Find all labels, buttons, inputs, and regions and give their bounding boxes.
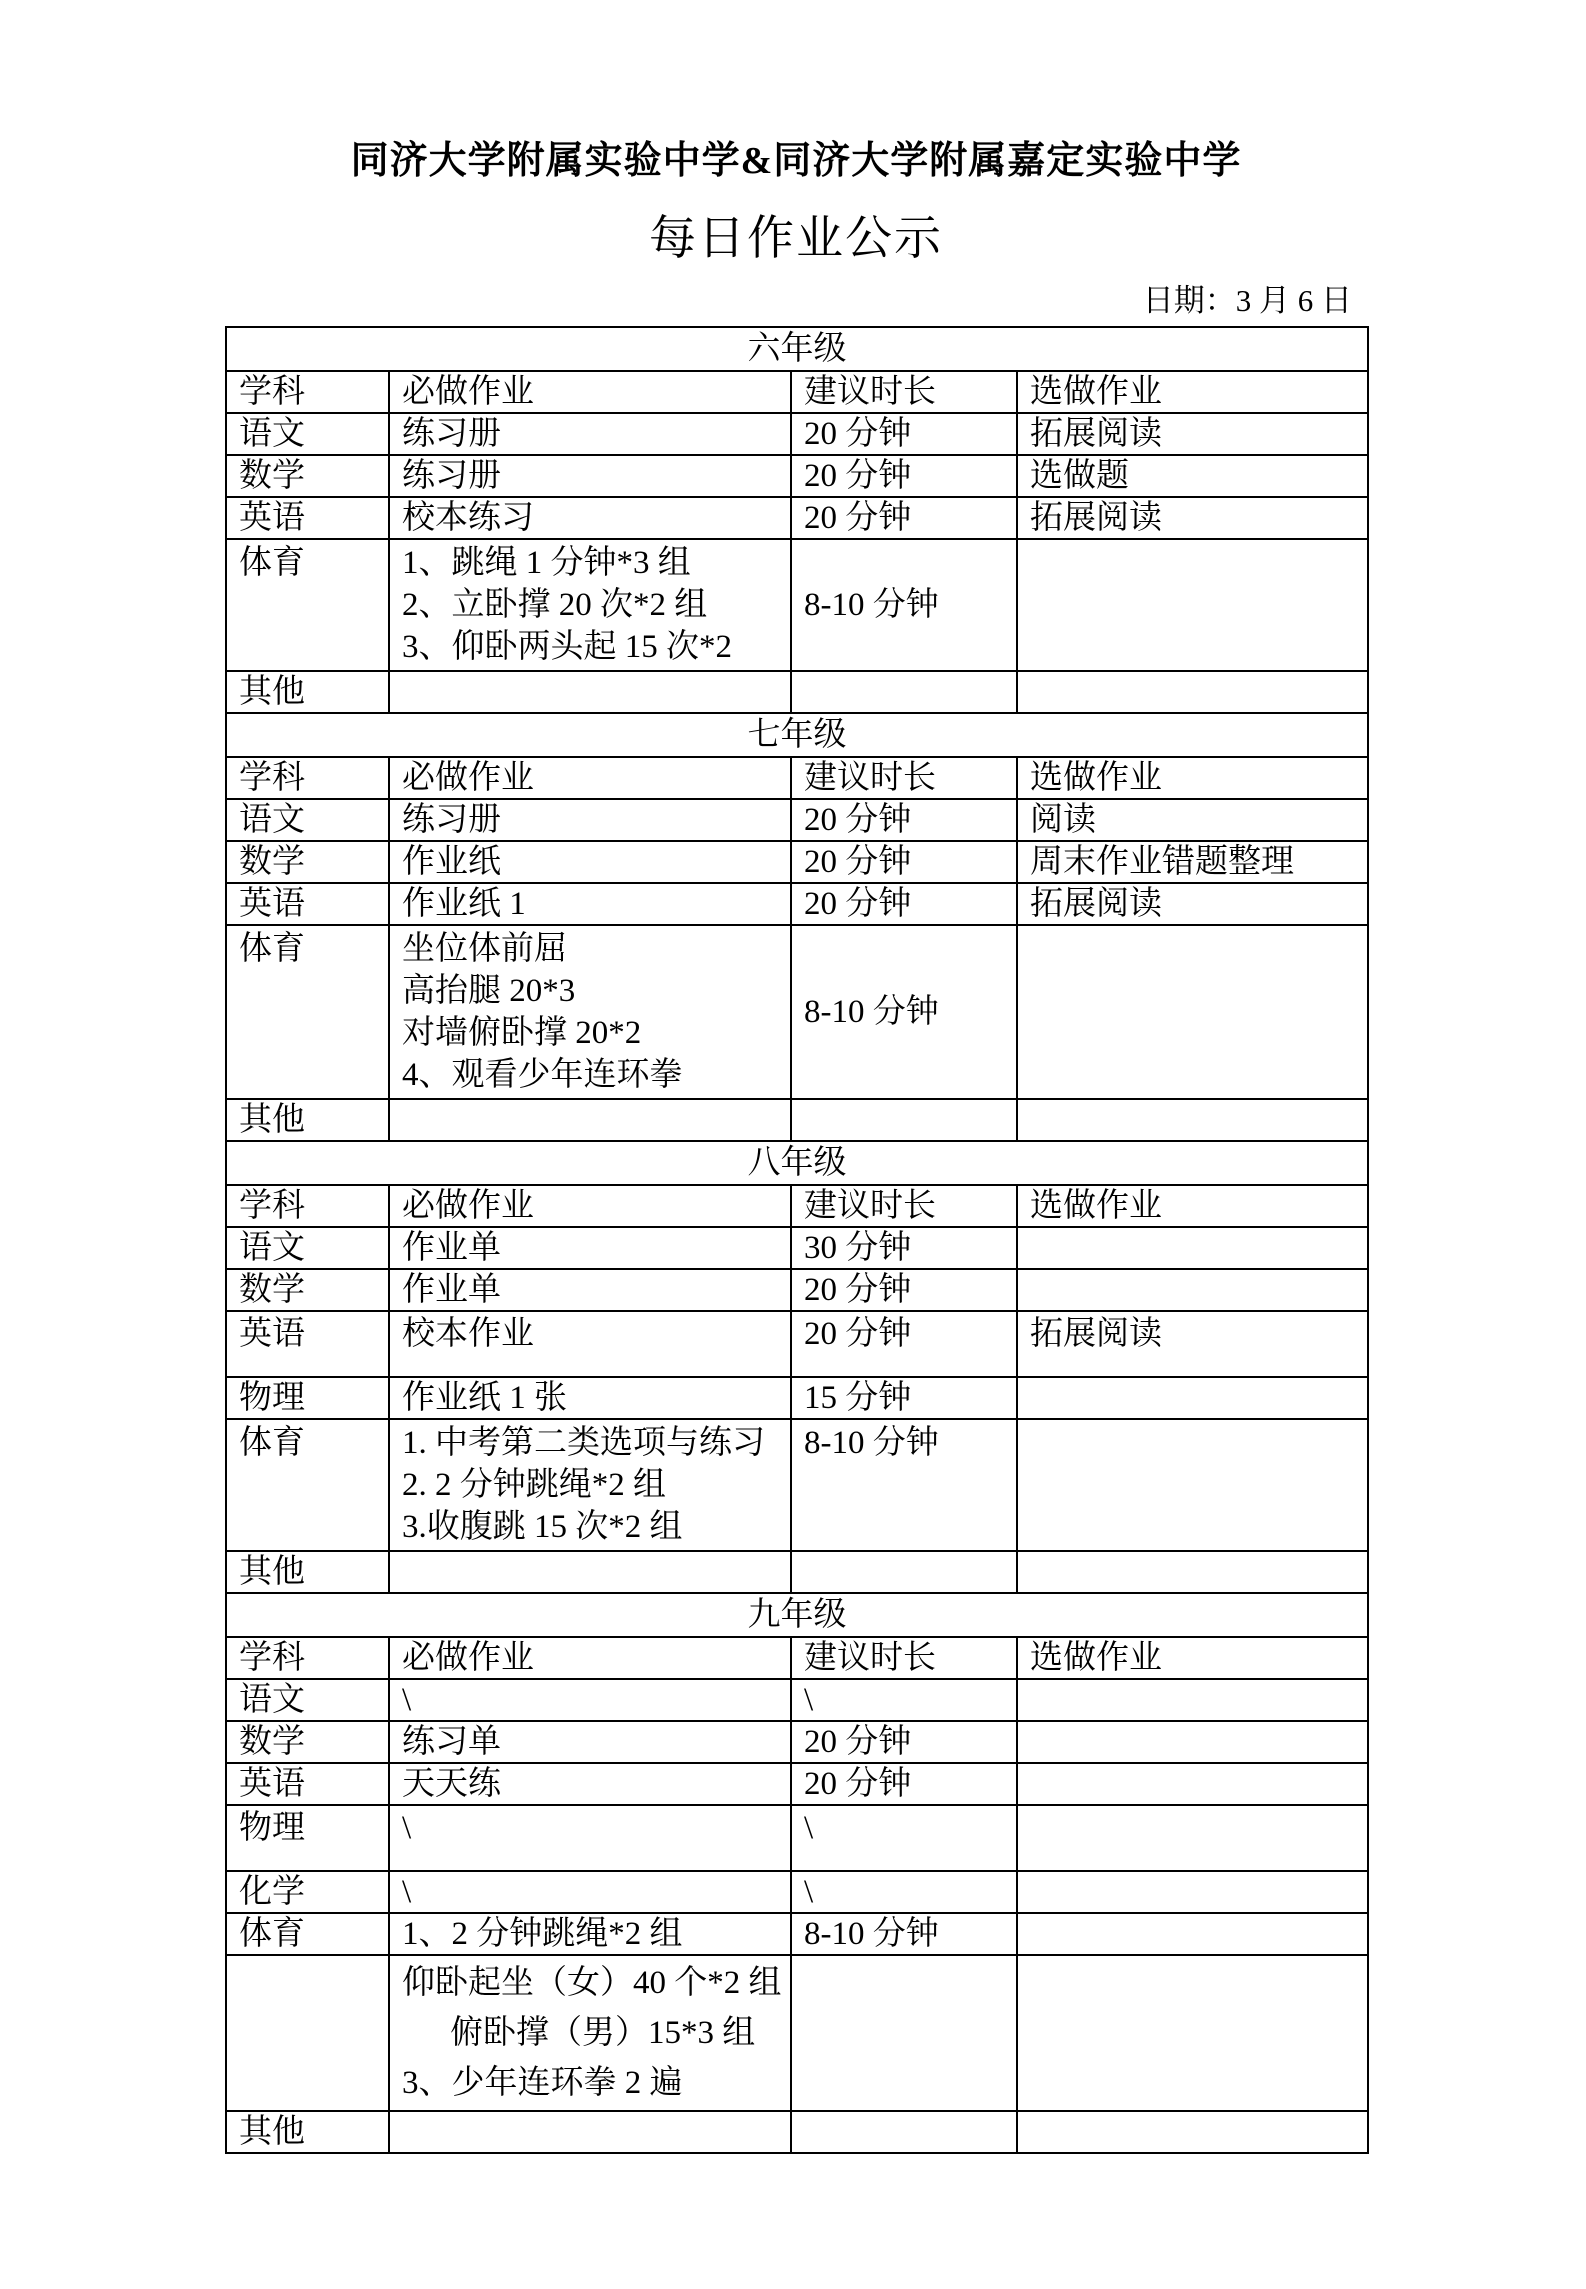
grade-band-label: 八年级 [226, 1141, 1368, 1185]
pe-line: 3.收腹跳 15 次*2 组 [402, 1506, 778, 1548]
pe-line: 坐位体前屈 [402, 928, 778, 970]
cell-subject: 物理 [226, 1377, 389, 1419]
cell-duration: 20 分钟 [791, 1269, 1017, 1311]
grade-table-9-continued: 仰卧起坐（女）40 个*2 组 俯卧撑（男）15*3 组 3、少年连环拳 2 遍… [225, 1954, 1369, 2154]
pe-line: 对墙俯卧撑 20*2 [402, 1012, 778, 1054]
cell-optional [1017, 1913, 1368, 1955]
cell-subject: 语文 [226, 799, 389, 841]
cell-required: 1、2 分钟跳绳*2 组 [389, 1913, 791, 1955]
table-row-pe: 体育 1. 中考第二类选项与练习 2. 2 分钟跳绳*2 组 3.收腹跳 15 … [226, 1419, 1368, 1551]
cell-required: 作业纸 1 [389, 883, 791, 925]
cell-subject: 体育 [226, 1419, 389, 1551]
cell-subject: 体育 [226, 1913, 389, 1955]
cell-empty [226, 1955, 389, 2111]
cell-required: 校本作业 [389, 1311, 791, 1377]
cell-duration: 20 分钟 [791, 1311, 1017, 1377]
col-header-optional: 选做作业 [1017, 1185, 1368, 1227]
cell-subject: 英语 [226, 497, 389, 539]
cell-duration: \ [791, 1871, 1017, 1913]
table-row: 英语 校本练习 20 分钟 拓展阅读 [226, 497, 1368, 539]
cell-subject: 数学 [226, 1269, 389, 1311]
cell-subject: 其他 [226, 2111, 389, 2153]
cell-required: 练习册 [389, 455, 791, 497]
cell-required: 1、跳绳 1 分钟*3 组 2、立卧撑 20 次*2 组 3、仰卧两头起 15 … [389, 539, 791, 671]
table-row: 英语 作业纸 1 20 分钟 拓展阅读 [226, 883, 1368, 925]
col-header-duration: 建议时长 [791, 757, 1017, 799]
table-row: 英语 天天练 20 分钟 [226, 1763, 1368, 1805]
col-header-duration: 建议时长 [791, 1185, 1017, 1227]
cell-subject: 英语 [226, 883, 389, 925]
cell-required: 作业单 [389, 1269, 791, 1311]
cell-optional [1017, 1269, 1368, 1311]
cell-empty [389, 1551, 791, 1593]
col-header-subject: 学科 [226, 1185, 389, 1227]
cell-optional: 拓展阅读 [1017, 1311, 1368, 1377]
cell-duration: \ [791, 1805, 1017, 1871]
cell-duration: 20 分钟 [791, 455, 1017, 497]
cell-required: 坐位体前屈 高抬腿 20*3 对墙俯卧撑 20*2 4、观看少年连环拳 [389, 925, 791, 1099]
cell-optional [1017, 1871, 1368, 1913]
col-header-subject: 学科 [226, 757, 389, 799]
cell-optional [1017, 1805, 1368, 1871]
cell-required: \ [389, 1679, 791, 1721]
continuation-line: 仰卧起坐（女）40 个*2 组 [402, 1958, 778, 2008]
table-row-pe-continued: 仰卧起坐（女）40 个*2 组 俯卧撑（男）15*3 组 3、少年连环拳 2 遍 [226, 1955, 1368, 2111]
cell-duration: 20 分钟 [791, 799, 1017, 841]
column-header-row: 学科 必做作业 建议时长 选做作业 [226, 1185, 1368, 1227]
cell-required: 练习册 [389, 413, 791, 455]
cell-optional: 拓展阅读 [1017, 413, 1368, 455]
col-header-subject: 学科 [226, 371, 389, 413]
column-header-row: 学科 必做作业 建议时长 选做作业 [226, 371, 1368, 413]
cell-duration: 8-10 分钟 [791, 1913, 1017, 1955]
cell-empty [389, 2111, 791, 2153]
cell-required: 作业纸 [389, 841, 791, 883]
table-row: 物理 \ \ [226, 1805, 1368, 1871]
cell-duration: 8-10 分钟 [791, 925, 1017, 1099]
document-content: 同济大学附属实验中学&同济大学附属嘉定实验中学 每日作业公示 日期：3 月 6 … [225, 0, 1367, 2154]
cell-optional: 拓展阅读 [1017, 883, 1368, 925]
table-row: 语文 练习册 20 分钟 阅读 [226, 799, 1368, 841]
cell-subject: 其他 [226, 1551, 389, 1593]
cell-subject: 语文 [226, 1227, 389, 1269]
table-row: 数学 作业单 20 分钟 [226, 1269, 1368, 1311]
cell-required: \ [389, 1871, 791, 1913]
subject-label: 体育 [239, 542, 376, 584]
cell-duration: 20 分钟 [791, 841, 1017, 883]
cell-optional: 拓展阅读 [1017, 497, 1368, 539]
cell-duration: 20 分钟 [791, 497, 1017, 539]
cell-required: 1. 中考第二类选项与练习 2. 2 分钟跳绳*2 组 3.收腹跳 15 次*2… [389, 1419, 791, 1551]
cell-required: 天天练 [389, 1763, 791, 1805]
cell-optional [1017, 1679, 1368, 1721]
cell-optional: 周末作业错题整理 [1017, 841, 1368, 883]
cell-duration: 30 分钟 [791, 1227, 1017, 1269]
table-row-other: 其他 [226, 1099, 1368, 1141]
grade-band-label: 六年级 [226, 327, 1368, 371]
cell-optional: 阅读 [1017, 799, 1368, 841]
table-row-other: 其他 [226, 671, 1368, 713]
cell-duration: 8-10 分钟 [791, 1419, 1017, 1551]
grade-band-label: 九年级 [226, 1593, 1368, 1637]
continuation-line: 俯卧撑（男）15*3 组 [402, 2008, 778, 2058]
cell-empty [1017, 539, 1368, 671]
cell-required: \ [389, 1805, 791, 1871]
table-row: 语文 \ \ [226, 1679, 1368, 1721]
pe-line: 高抬腿 20*3 [402, 970, 778, 1012]
col-header-optional: 选做作业 [1017, 757, 1368, 799]
grade-table-8: 八年级 学科 必做作业 建议时长 选做作业 语文 作业单 30 分钟 数学 作业… [225, 1140, 1369, 1594]
cell-subject: 其他 [226, 1099, 389, 1141]
col-header-optional: 选做作业 [1017, 371, 1368, 413]
cell-empty [1017, 1955, 1368, 2111]
table-row-other: 其他 [226, 1551, 1368, 1593]
cell-empty [791, 671, 1017, 713]
grade-band: 八年级 [226, 1141, 1368, 1185]
document-page: 同济大学附属实验中学&同济大学附属嘉定实验中学 每日作业公示 日期：3 月 6 … [0, 0, 1586, 2289]
cell-empty [791, 1955, 1017, 2111]
column-header-row: 学科 必做作业 建议时长 选做作业 [226, 757, 1368, 799]
cell-optional: 选做题 [1017, 455, 1368, 497]
cell-optional [1017, 1763, 1368, 1805]
grade-band-label: 七年级 [226, 713, 1368, 757]
cell-required: 练习册 [389, 799, 791, 841]
cell-subject: 体育 [226, 925, 389, 1099]
cell-empty [389, 671, 791, 713]
cell-empty [791, 1551, 1017, 1593]
cell-subject: 数学 [226, 841, 389, 883]
col-header-required: 必做作业 [389, 1185, 791, 1227]
table-row-pe: 体育 1、2 分钟跳绳*2 组 8-10 分钟 [226, 1913, 1368, 1955]
col-header-required: 必做作业 [389, 371, 791, 413]
cell-subject: 数学 [226, 455, 389, 497]
table-row-other: 其他 [226, 2111, 1368, 2153]
pe-line: 1、跳绳 1 分钟*3 组 [402, 542, 778, 584]
cell-subject: 语文 [226, 1679, 389, 1721]
cell-duration: 20 分钟 [791, 1721, 1017, 1763]
cell-duration: 20 分钟 [791, 1763, 1017, 1805]
date-label: 日期：3 月 6 日 [225, 282, 1367, 320]
cell-empty [1017, 1099, 1368, 1141]
table-row: 英语 校本作业 20 分钟 拓展阅读 [226, 1311, 1368, 1377]
cell-duration: 15 分钟 [791, 1377, 1017, 1419]
grade-band: 七年级 [226, 713, 1368, 757]
cell-required: 作业单 [389, 1227, 791, 1269]
table-row: 数学 练习单 20 分钟 [226, 1721, 1368, 1763]
column-header-row: 学科 必做作业 建议时长 选做作业 [226, 1637, 1368, 1679]
cell-required: 仰卧起坐（女）40 个*2 组 俯卧撑（男）15*3 组 3、少年连环拳 2 遍 [389, 1955, 791, 2111]
cell-subject: 物理 [226, 1805, 389, 1871]
grade-table-6: 六年级 学科 必做作业 建议时长 选做作业 语文 练习册 20 分钟 拓展阅读 … [225, 326, 1369, 714]
grade-table-9: 九年级 学科 必做作业 建议时长 选做作业 语文 \ \ 数学 练习单 20 分… [225, 1592, 1369, 1956]
pe-line: 4、观看少年连环拳 [402, 1054, 778, 1096]
cell-duration: 8-10 分钟 [791, 539, 1017, 671]
cell-empty [1017, 1419, 1368, 1551]
cell-required: 作业纸 1 张 [389, 1377, 791, 1419]
pe-line: 1. 中考第二类选项与练习 [402, 1422, 778, 1464]
cell-empty [1017, 671, 1368, 713]
cell-subject: 英语 [226, 1311, 389, 1377]
continuation-line: 3、少年连环拳 2 遍 [402, 2058, 778, 2108]
cell-empty [791, 1099, 1017, 1141]
page-title: 同济大学附属实验中学&同济大学附属嘉定实验中学 [225, 138, 1367, 184]
cell-empty [389, 1099, 791, 1141]
cell-subject: 体育 [226, 539, 389, 671]
cell-empty [1017, 925, 1368, 1099]
col-header-duration: 建议时长 [791, 1637, 1017, 1679]
col-header-subject: 学科 [226, 1637, 389, 1679]
subject-label: 体育 [239, 1422, 376, 1464]
cell-optional [1017, 1721, 1368, 1763]
cell-subject: 语文 [226, 413, 389, 455]
cell-empty [1017, 1551, 1368, 1593]
table-row: 数学 作业纸 20 分钟 周末作业错题整理 [226, 841, 1368, 883]
cell-optional [1017, 1227, 1368, 1269]
page-subtitle: 每日作业公示 [225, 210, 1367, 268]
cell-required: 校本练习 [389, 497, 791, 539]
table-row: 物理 作业纸 1 张 15 分钟 [226, 1377, 1368, 1419]
table-row-pe: 体育 坐位体前屈 高抬腿 20*3 对墙俯卧撑 20*2 4、观看少年连环拳 8… [226, 925, 1368, 1099]
col-header-required: 必做作业 [389, 1637, 791, 1679]
cell-subject: 其他 [226, 671, 389, 713]
grade-band: 六年级 [226, 327, 1368, 371]
cell-duration: 20 分钟 [791, 883, 1017, 925]
table-row: 化学 \ \ [226, 1871, 1368, 1913]
cell-duration: \ [791, 1679, 1017, 1721]
cell-subject: 化学 [226, 1871, 389, 1913]
cell-duration: 20 分钟 [791, 413, 1017, 455]
table-row: 语文 练习册 20 分钟 拓展阅读 [226, 413, 1368, 455]
grade-table-7: 七年级 学科 必做作业 建议时长 选做作业 语文 练习册 20 分钟 阅读 数学… [225, 712, 1369, 1142]
table-row: 语文 作业单 30 分钟 [226, 1227, 1368, 1269]
grade-band: 九年级 [226, 1593, 1368, 1637]
duration-label: 8-10 分钟 [804, 1422, 1004, 1464]
cell-optional [1017, 1377, 1368, 1419]
col-header-duration: 建议时长 [791, 371, 1017, 413]
table-row-pe: 体育 1、跳绳 1 分钟*3 组 2、立卧撑 20 次*2 组 3、仰卧两头起 … [226, 539, 1368, 671]
cell-empty [1017, 2111, 1368, 2153]
col-header-optional: 选做作业 [1017, 1637, 1368, 1679]
cell-subject: 英语 [226, 1763, 389, 1805]
subject-label: 体育 [239, 928, 376, 970]
col-header-required: 必做作业 [389, 757, 791, 799]
pe-line: 3、仰卧两头起 15 次*2 [402, 626, 778, 668]
pe-line: 2、立卧撑 20 次*2 组 [402, 584, 778, 626]
cell-empty [791, 2111, 1017, 2153]
table-row: 数学 练习册 20 分钟 选做题 [226, 455, 1368, 497]
cell-required: 练习单 [389, 1721, 791, 1763]
cell-subject: 数学 [226, 1721, 389, 1763]
pe-line: 2. 2 分钟跳绳*2 组 [402, 1464, 778, 1506]
